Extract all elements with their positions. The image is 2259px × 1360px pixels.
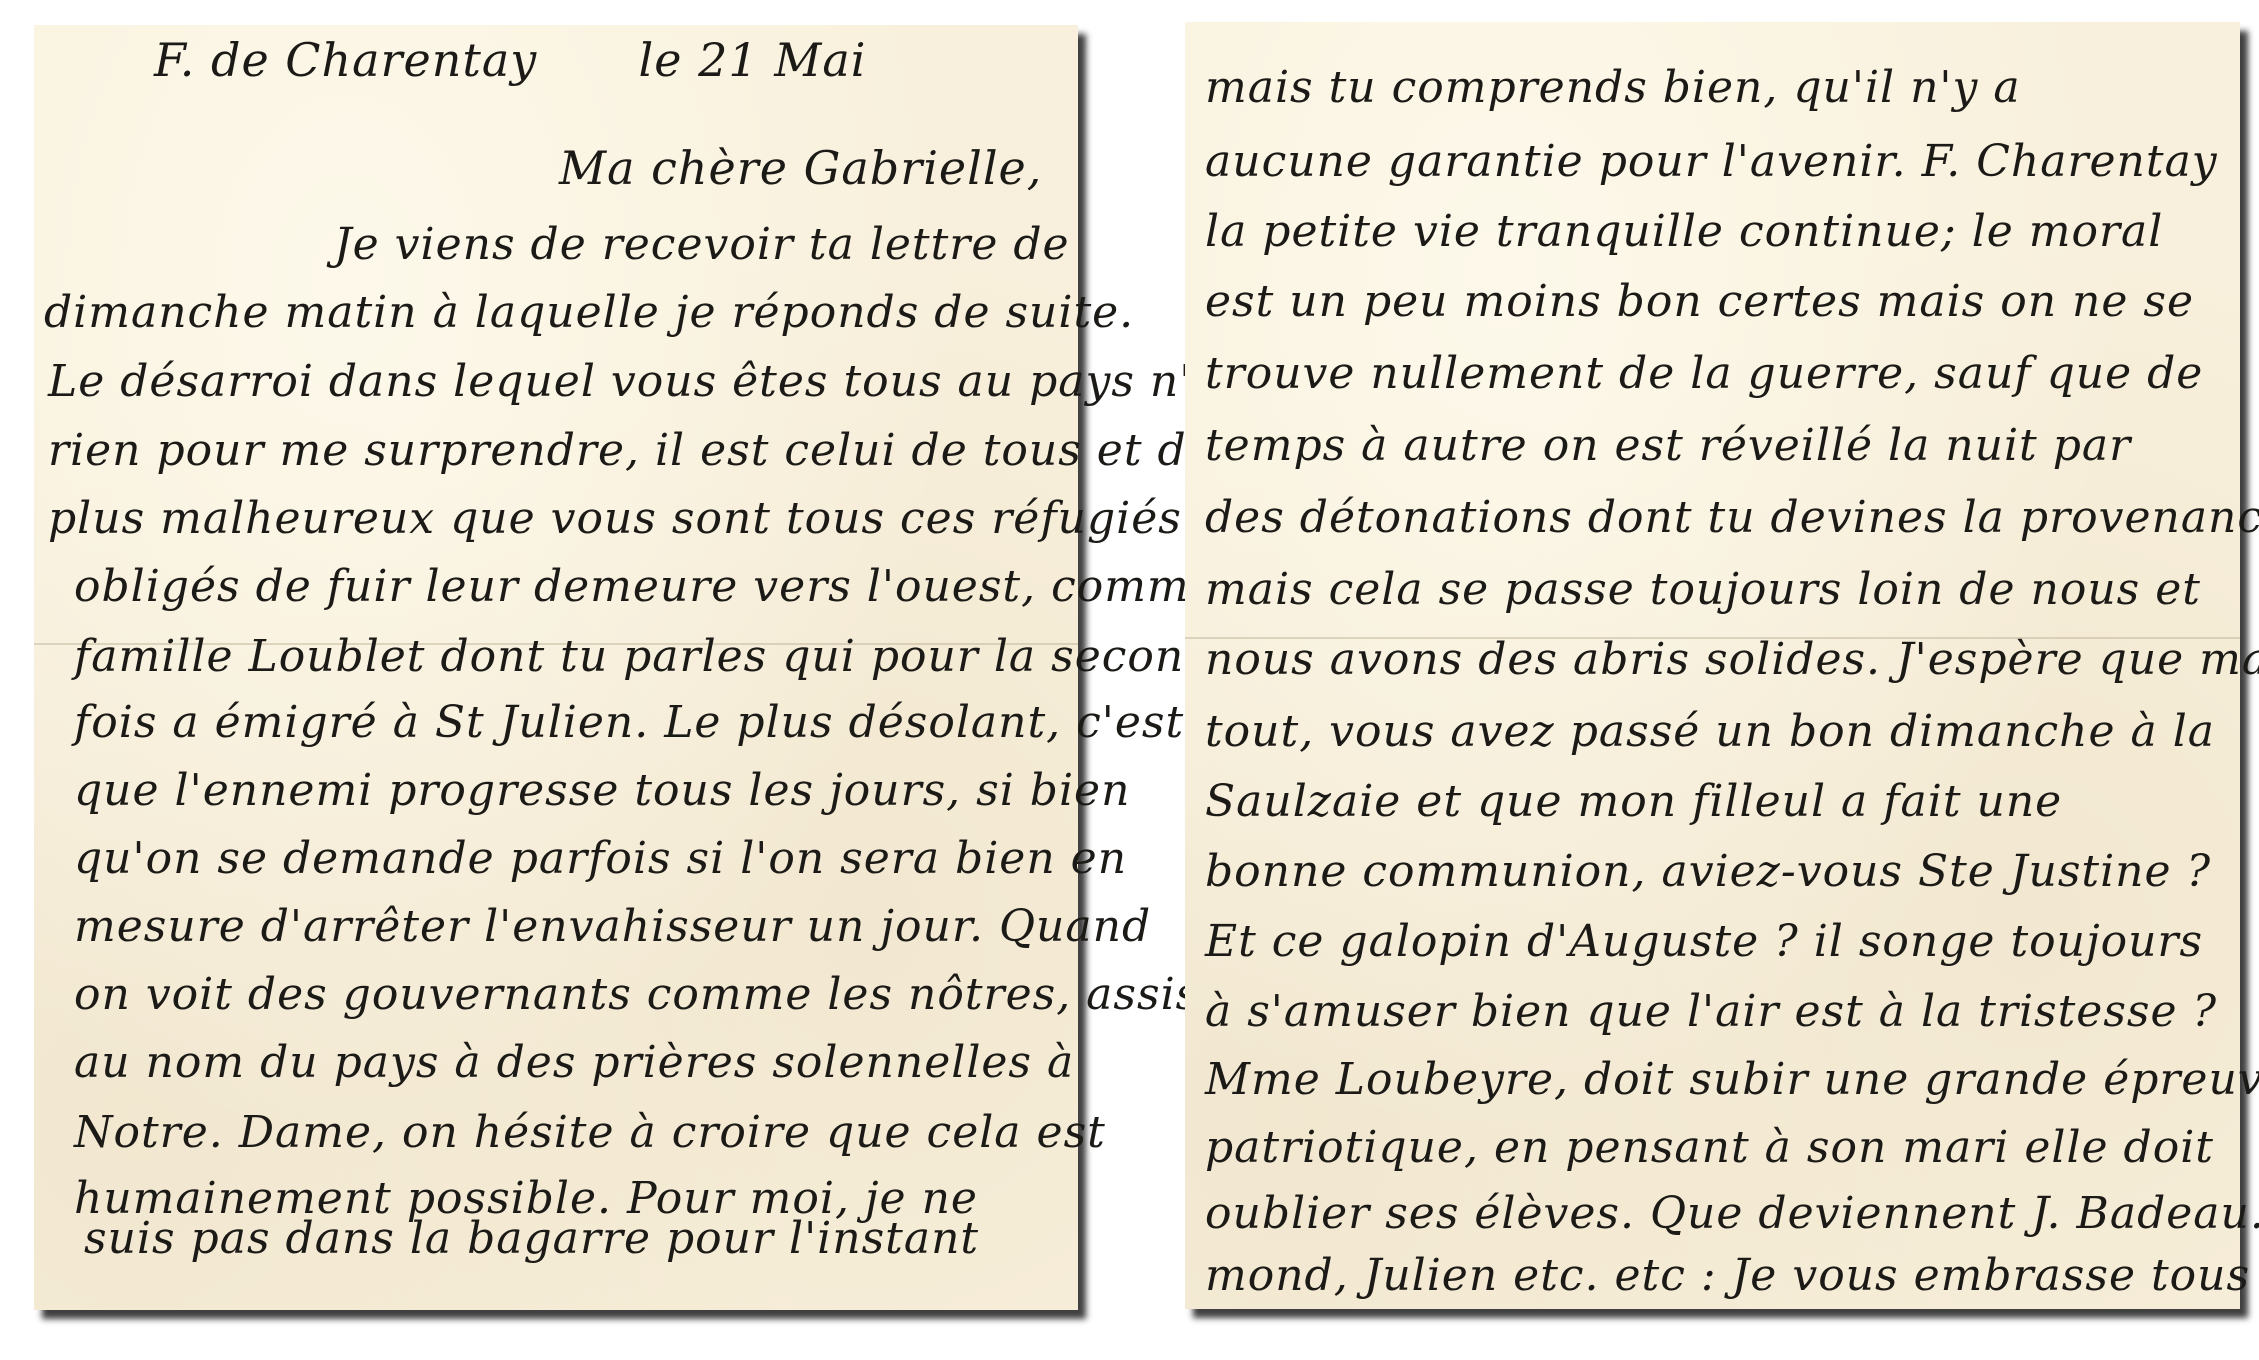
letter-line: Le désarroi dans lequel vous êtes tous a…	[48, 360, 1220, 404]
letter-line: au nom du pays à des prières solennelles…	[74, 1041, 1074, 1085]
letter-header: F. de Charentay le 21 Mai	[154, 37, 866, 83]
letter-line: nous avons des abris solides. J'espère q…	[1205, 638, 2259, 682]
letter-line: Saulzaie et que mon filleul a fait une	[1205, 780, 2062, 824]
letter-line: suis pas dans la bagarre pour l'instant	[84, 1217, 979, 1261]
letter-line: Notre. Dame, on hésite à croire que cela…	[74, 1111, 1106, 1155]
letter-line: mesure d'arrêter l'envahisseur un jour. …	[74, 905, 1151, 949]
letter-line: oublier ses élèves. Que deviennent J. Ba…	[1205, 1192, 2259, 1236]
letter-line: on voit des gouvernants comme les nôtres…	[74, 973, 1267, 1017]
letter-date: le 21 Mai	[639, 33, 867, 87]
letter-line: mais tu comprends bien, qu'il n'y a	[1205, 66, 2021, 110]
letter-page-left: F. de Charentay le 21 Mai Ma chère Gabri…	[34, 25, 1078, 1310]
letter-line: que l'ennemi progresse tous les jours, s…	[74, 769, 1130, 813]
letter-line: des détonations dont tu devines la prove…	[1205, 496, 2259, 540]
letter-line: à s'amuser bien que l'air est à la trist…	[1205, 990, 2217, 1034]
letter-line: mond, Julien etc. etc : Je vous embrasse…	[1205, 1254, 2259, 1298]
letter-line: la petite vie tranquille continue; le mo…	[1205, 210, 2163, 254]
letter-line: obligés de fuir leur demeure vers l'oues…	[74, 565, 1274, 609]
letter-line: rien pour me surprendre, il est celui de…	[48, 429, 1214, 473]
letter-salutation: Ma chère Gabrielle,	[559, 145, 1042, 191]
letter-line: famille Loublet dont tu parles qui pour …	[74, 635, 1240, 679]
letter-closing: mond, Julien etc. etc : Je vous embrasse…	[1205, 1250, 2250, 1301]
letter-line: Mme Loubeyre, doit subir une grande épre…	[1205, 1058, 2259, 1102]
letter-line: trouve nullement de la guerre, sauf que …	[1205, 352, 2203, 396]
letter-line: est un peu moins bon certes mais on ne s…	[1205, 280, 2194, 324]
letter-line: fois a émigré à St Julien. Le plus désol…	[74, 701, 1184, 745]
letter-line: Je viens de recevoir ta lettre de	[334, 223, 1070, 267]
letter-line: mais cela se passe toujours loin de nous…	[1205, 568, 2201, 612]
letter-line: temps à autre on est réveillé la nuit pa…	[1205, 424, 2131, 468]
letter-line: bonne communion, aviez-vous Ste Justine …	[1205, 850, 2211, 894]
letter-place: F. de Charentay	[154, 33, 537, 87]
letter-line: Et ce galopin d'Auguste ? il songe toujo…	[1205, 920, 2203, 964]
letter-line: qu'on se demande parfois si l'on sera bi…	[74, 837, 1127, 881]
letter-line: plus malheureux que vous sont tous ces r…	[48, 497, 1182, 541]
letter-line: aucune garantie pour l'avenir. F. Charen…	[1205, 140, 2218, 184]
letter-line: tout, vous avez passé un bon dimanche à …	[1205, 710, 2215, 754]
letter-page-right: mais tu comprends bien, qu'il n'y a aucu…	[1185, 22, 2240, 1309]
letter-line: patriotique, en pensant à son mari elle …	[1205, 1126, 2214, 1170]
letter-line: dimanche matin à laquelle je réponds de …	[44, 291, 1134, 335]
